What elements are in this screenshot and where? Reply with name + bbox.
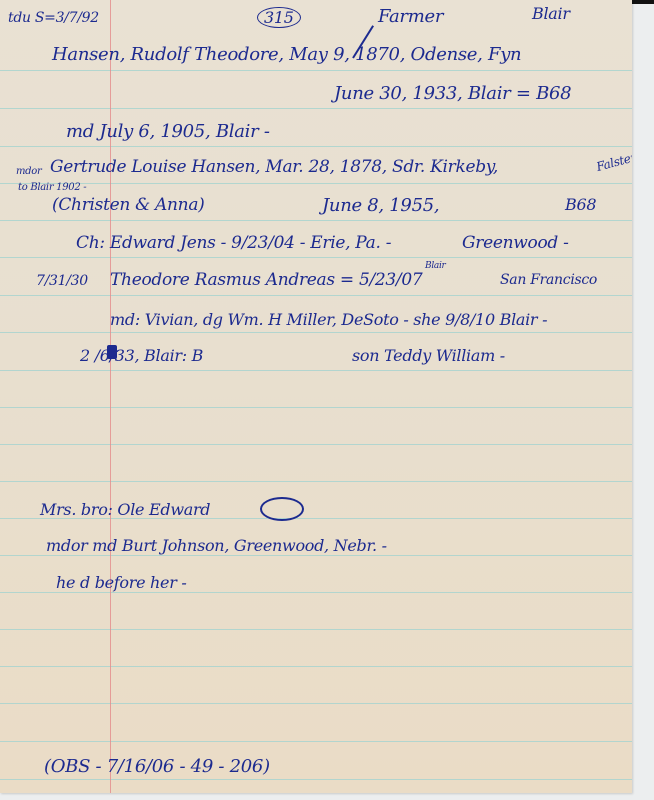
- child-2-left-note: 7/31/30: [36, 273, 88, 289]
- spouse-parents: (Christen & Anna): [52, 195, 205, 215]
- circle-mark-icon: [260, 497, 304, 521]
- location-tag: Blair: [532, 4, 570, 23]
- spouse-place-suffix: Falster: [595, 150, 632, 174]
- spouse-prefix: mdor: [16, 166, 42, 177]
- subject-birth: Hansen, Rudolf Theodore, May 9, 1870, Od…: [52, 44, 521, 65]
- rule-line: [0, 407, 632, 408]
- rule-line: [0, 70, 632, 71]
- rule-line: [0, 257, 632, 258]
- rule-line: [0, 146, 632, 147]
- rule-line: [0, 779, 632, 780]
- margin-line: [110, 0, 111, 793]
- notebook-page: tdu S=3/7/92 315 Farmer Blair Hansen, Ru…: [0, 0, 632, 793]
- rule-line: [0, 295, 632, 296]
- child-2-death: 2 /6/33, Blair: B: [80, 346, 203, 365]
- rule-line: [0, 220, 632, 221]
- note-death-order: he d before her -: [56, 573, 186, 592]
- rule-line: [0, 370, 632, 371]
- note-remarriage: mdor md Burt Johnson, Greenwood, Nebr. -: [46, 536, 387, 555]
- rule-line: [0, 444, 632, 445]
- note-brother: Mrs. bro: Ole Edward: [40, 500, 210, 519]
- child-1: Ch: Edward Jens - 9/23/04 - Erie, Pa. -: [76, 233, 391, 253]
- rule-line: [0, 108, 632, 109]
- child-1-residence: Greenwood -: [462, 233, 569, 253]
- rule-line: [0, 332, 632, 333]
- subject-death: June 30, 1933, Blair = B68: [334, 83, 571, 104]
- child-2-superscript: Blair: [425, 261, 446, 271]
- rule-line: [0, 741, 632, 742]
- record-number-circled: 315: [257, 7, 301, 28]
- record-number: 315: [257, 8, 301, 27]
- rule-line: [0, 555, 632, 556]
- rule-line: [0, 183, 632, 184]
- child-2-residence: San Francisco: [500, 272, 597, 288]
- spouse-burial: B68: [565, 195, 596, 214]
- spouse-line: Gertrude Louise Hansen, Mar. 28, 1878, S…: [50, 157, 498, 177]
- child-2-son: son Teddy William -: [352, 346, 505, 365]
- rule-line: [0, 481, 632, 482]
- spouse-arrival-note: to Blair 1902 -: [18, 182, 86, 193]
- occupation: Farmer: [378, 6, 443, 27]
- rule-line: [0, 629, 632, 630]
- spouse-death: June 8, 1955,: [322, 195, 439, 216]
- footer-citation: (OBS - 7/16/06 - 49 - 206): [44, 756, 270, 777]
- marriage-line: md July 6, 1905, Blair -: [66, 121, 270, 142]
- source-note: tdu S=3/7/92: [8, 10, 99, 26]
- rule-line: [0, 592, 632, 593]
- rule-line: [0, 666, 632, 667]
- child-2-marriage: md: Vivian, dg Wm. H Miller, DeSoto - sh…: [110, 310, 547, 329]
- scan-edge: [632, 0, 654, 4]
- rule-line: [0, 703, 632, 704]
- child-2: Theodore Rasmus Andreas = 5/23/07: [110, 270, 422, 290]
